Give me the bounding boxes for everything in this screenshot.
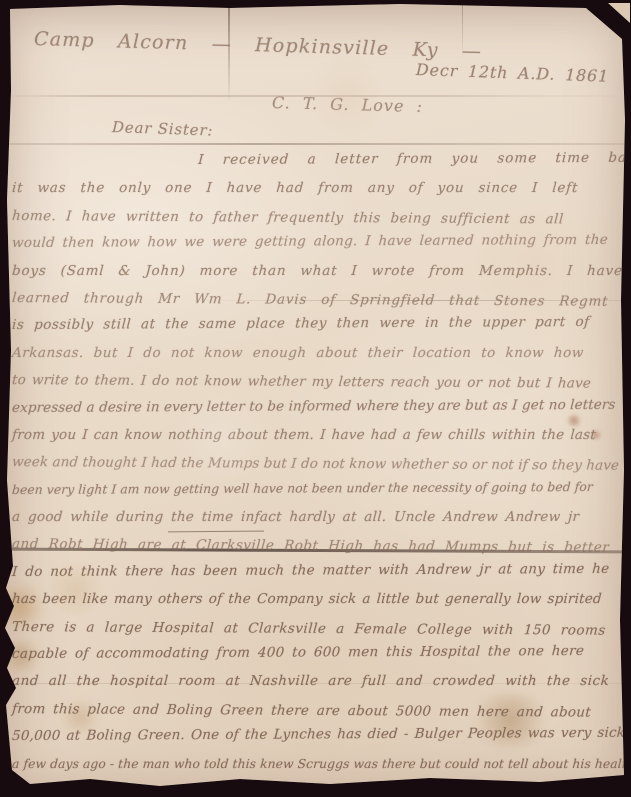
- body-line: would then know how we were getting alon…: [11, 227, 626, 258]
- body-line: capable of accommodating from 400 to 600…: [11, 638, 626, 669]
- body-line: 50,000 at Boling Green. One of the Lynch…: [11, 720, 626, 751]
- body-line: has been like many others of the Company…: [11, 586, 626, 613]
- folded-corner-tip: [608, 3, 630, 23]
- body-line: a few days ago - the man who told this k…: [11, 751, 626, 778]
- letter-body: I received a letter from you some time b…: [12, 148, 625, 778]
- letter-paper: Camp Alcorn — Hopkinsville Ky — Decr 12t…: [0, 0, 631, 797]
- body-line: boys (Saml & John) more than what I wrot…: [11, 258, 626, 285]
- body-line: Arkansas. but I do not know enough about…: [11, 340, 626, 367]
- body-line: and all the hospital room at Nashville a…: [11, 668, 626, 695]
- body-line: it was the only one I have had from any …: [11, 175, 626, 202]
- body-line: expressed a desire in every letter to be…: [11, 391, 626, 422]
- body-line: I do not think there has been much the m…: [11, 556, 626, 587]
- scanned-letter-page: Camp Alcorn — Hopkinsville Ky — Decr 12t…: [0, 0, 631, 797]
- body-line: is possibly still at the same place they…: [11, 309, 626, 340]
- body-line: I received a letter from you some time b…: [11, 145, 626, 176]
- body-line: from you I can know nothing about them. …: [11, 422, 626, 449]
- body-line: a good while during the time infact hard…: [11, 504, 626, 531]
- salutation: Dear Sister:: [112, 118, 214, 140]
- header-place-line: Camp Alcorn — Hopkinsville Ky —: [34, 28, 483, 63]
- body-line: been very light I am now getting well ha…: [11, 473, 626, 504]
- header-date-line: Decr 12th A.D. 1861: [416, 60, 610, 86]
- header-writer-line: C. T. G. Love :: [272, 93, 423, 116]
